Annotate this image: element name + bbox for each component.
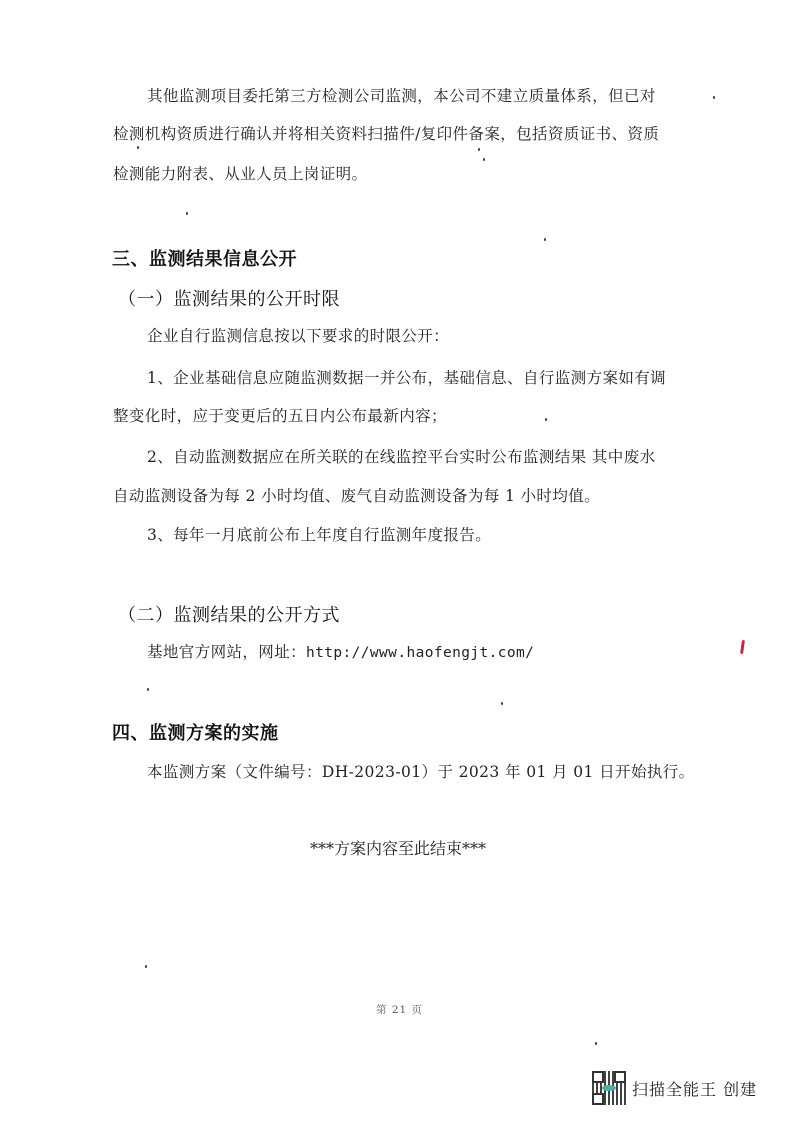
- scan-speck: [478, 148, 480, 151]
- intro-paragraph-line-1: 其他监测项目委托第三方检测公司监测，本公司不建立质量体系，但已对: [147, 84, 656, 106]
- red-ink-mark: [740, 640, 745, 654]
- item-2-line-2: 自动监测设备为每 2 小时均值、废气自动监测设备为每 1 小时均值。: [113, 484, 600, 506]
- item-3: 3、每年一月底前公布上年度自行监测年度报告。: [147, 523, 491, 545]
- website-url-link[interactable]: http://www.haofengjt.com/: [306, 645, 534, 661]
- scan-speck: [137, 146, 139, 149]
- intro-paragraph-line-2: 检测机构资质进行确认并将相关资料扫描件/复印件备案，包括资质证书、资质: [113, 122, 659, 144]
- scan-speck: [186, 212, 188, 215]
- scan-speck: [483, 158, 485, 161]
- watermark-text: 扫描全能王 创建: [632, 1077, 757, 1100]
- scan-speck: [713, 96, 715, 99]
- subsection-1-heading: （一）监测结果的公开时限: [118, 285, 340, 311]
- scan-speck: [501, 702, 503, 705]
- intro-paragraph-line-3: 检测能力附表、从业人员上岗证明。: [113, 162, 367, 184]
- scan-speck: [544, 238, 546, 241]
- subsection-2-heading: （二）监测结果的公开方式: [118, 601, 340, 627]
- scan-speck: [145, 965, 147, 968]
- scan-speck: [147, 688, 149, 691]
- scan-speck: [595, 1042, 597, 1045]
- section-4-heading: 四、监测方案的实施: [112, 719, 279, 745]
- item-2-line-1: 2、自动监测数据应在所关联的在线监控平台实时公布监测结果 其中废水: [147, 445, 656, 467]
- page-number: 第 21 页: [376, 1002, 423, 1017]
- scanner-watermark: 扫描全能王 创建: [592, 1071, 757, 1105]
- document-page: 其他监测项目委托第三方检测公司监测，本公司不建立质量体系，但已对 检测机构资质进…: [0, 0, 793, 1123]
- section-3-heading: 三、监测结果信息公开: [112, 245, 297, 271]
- website-label: 基地官方网站，网址：: [147, 643, 306, 661]
- item-1-line-2: 整变化时，应于变更后的五日内公布最新内容；: [113, 404, 447, 426]
- scan-speck: [545, 418, 547, 421]
- website-line: 基地官方网站，网址：http://www.haofengjt.com/: [147, 640, 534, 662]
- qr-code-icon: [592, 1071, 626, 1105]
- section-4-text: 本监测方案（文件编号：DH-2023-01）于 2023 年 01 月 01 日…: [147, 760, 695, 782]
- end-of-document-mark: ***方案内容至此结束***: [310, 836, 486, 859]
- subsection-1-intro: 企业自行监测信息按以下要求的时限公开：: [147, 324, 449, 346]
- item-1-line-1: 1、企业基础信息应随监测数据一并公布，基础信息、自行监测方案如有调: [147, 366, 666, 388]
